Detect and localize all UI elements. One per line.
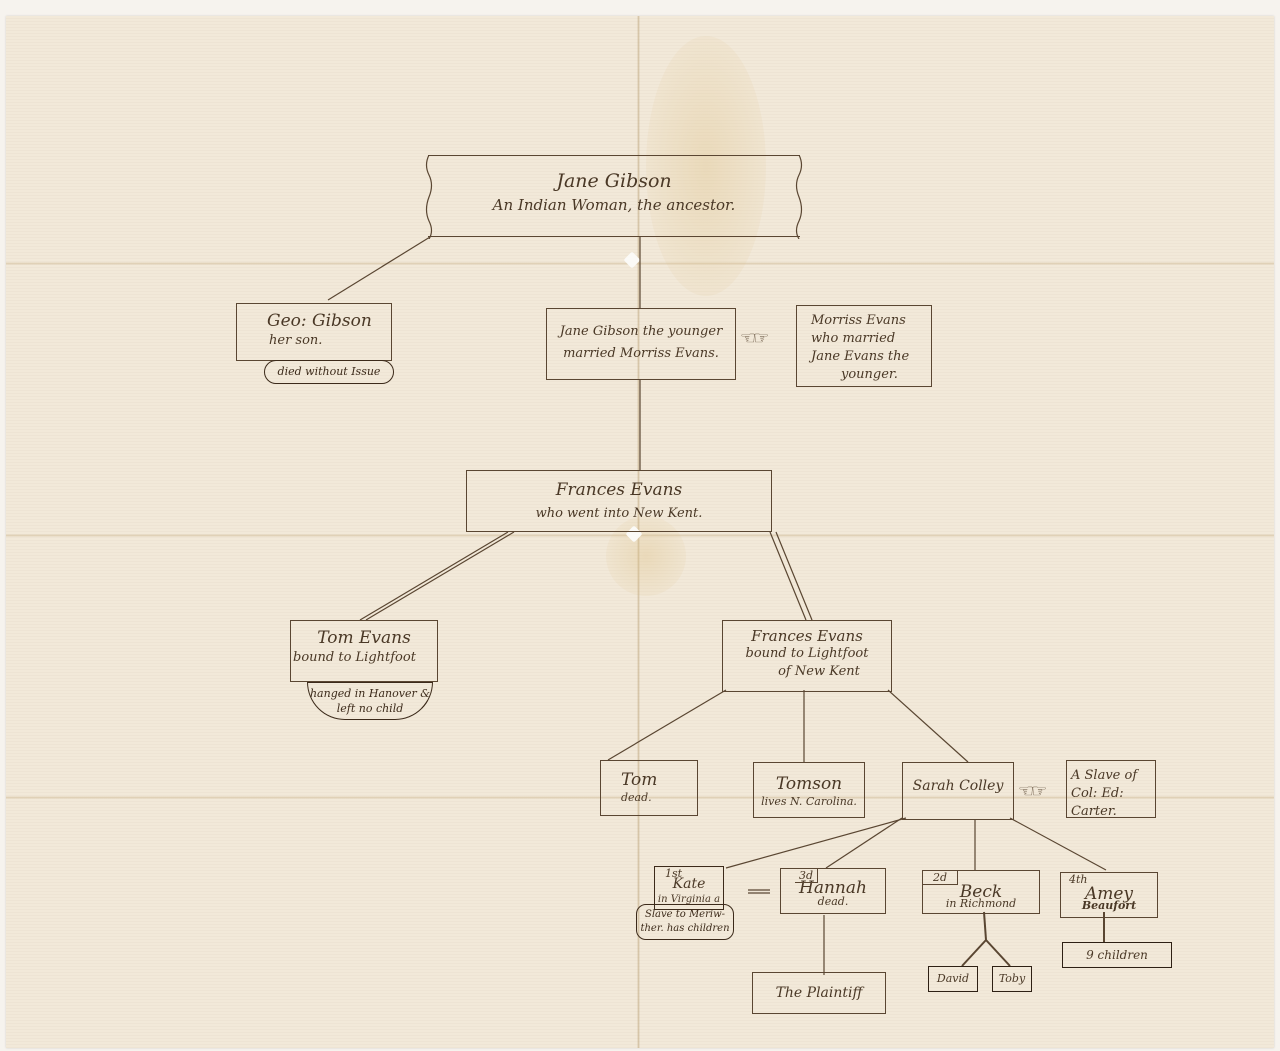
node-slave-of-carter: A Slave of Col: Ed: Carter.: [1066, 760, 1156, 818]
morriss-line1: Morriss Evans: [811, 312, 931, 330]
carter-line1: A Slave of: [1071, 767, 1155, 785]
node-tomson: Tomson lives N. Carolina.: [753, 762, 865, 818]
tomson-name: Tomson: [754, 773, 864, 795]
kate-note-line1: Slave to Meriw-: [637, 908, 733, 922]
node-jane-gibson-younger: Jane Gibson the younger married Morriss …: [546, 308, 736, 380]
geo-gibson-note: died without Issue: [264, 360, 394, 384]
beck-desc: in Richmond: [923, 897, 1039, 911]
geo-gibson-desc: her son.: [267, 332, 391, 350]
frances-1-desc: who went into New Kent.: [467, 505, 771, 523]
node-frances-evans-new-kent: Frances Evans who went into New Kent.: [466, 470, 772, 532]
node-hannah: 3d Hannah dead.: [780, 868, 886, 914]
node-frances-evans-lightfoot: Frances Evans bound to Lightfoot of New …: [722, 620, 892, 692]
david-name: David: [929, 972, 977, 986]
scroll-border-right: [794, 155, 804, 239]
node-beck: 2d Beck in Richmond: [922, 870, 1040, 914]
sarah-name: Sarah Colley: [903, 777, 1013, 795]
ancestor-desc: An Indian Woman, the ancestor.: [428, 196, 800, 214]
hannah-order: 3d: [795, 869, 818, 883]
tom-name: Tom: [621, 769, 697, 791]
tom-evans-name: Tom Evans: [291, 627, 437, 649]
frances-2-desc2: of New Kent: [723, 663, 891, 681]
tom-desc: dead.: [621, 791, 697, 805]
node-morriss-evans: Morriss Evans who married Jane Evans the…: [796, 305, 932, 387]
node-tom: Tom dead.: [600, 760, 698, 816]
tom-evans-note: hanged in Hanover & left no child: [307, 682, 433, 720]
node-ancestor: Jane Gibson An Indian Woman, the ancesto…: [428, 155, 800, 237]
carter-line2: Col: Ed: Carter.: [1071, 785, 1155, 821]
hannah-desc: dead.: [781, 895, 885, 909]
node-toby: Toby: [992, 966, 1032, 992]
kate-note-line2: ther. has children: [637, 922, 733, 936]
amey-order: 4th: [1065, 873, 1092, 886]
nine-children-label: 9 children: [1063, 948, 1171, 962]
node-geo-gibson: Geo: Gibson her son.: [236, 303, 392, 361]
geo-gibson-name: Geo: Gibson: [267, 310, 391, 332]
scroll-border-left: [424, 155, 434, 239]
frances-2-desc: bound to Lightfoot: [723, 645, 891, 663]
morriss-line2: who married: [811, 330, 931, 348]
jane-younger-line2: married Morriss Evans.: [547, 345, 735, 363]
tom-evans-desc: bound to Lightfoot: [291, 649, 437, 667]
clasped-hands-icon: ☜☞: [740, 328, 766, 349]
clasped-hands-icon: ☜☞: [1018, 781, 1044, 802]
node-sarah-colley: Sarah Colley: [902, 762, 1014, 820]
node-nine-children: 9 children: [1062, 942, 1172, 968]
beck-order: 2d: [923, 871, 958, 885]
frances-2-name: Frances Evans: [723, 627, 891, 645]
amey-desc: Beaufort: [1061, 899, 1157, 913]
toby-name: Toby: [993, 972, 1031, 986]
kate-order: 1st: [661, 867, 686, 880]
tomson-desc: lives N. Carolina.: [754, 795, 864, 809]
frances-1-name: Frances Evans: [467, 479, 771, 501]
jane-younger-line1: Jane Gibson the younger: [547, 323, 735, 341]
tom-evans-note-line2: left no child: [308, 701, 432, 716]
kate-note: Slave to Meriw- ther. has children: [636, 904, 734, 940]
plaintiff-name: The Plaintiff: [753, 984, 885, 1002]
node-the-plaintiff: The Plaintiff: [752, 972, 886, 1014]
morriss-line3: Jane Evans the: [811, 348, 931, 366]
node-david: David: [928, 966, 978, 992]
node-amey: 4th Amey Beaufort: [1060, 872, 1158, 918]
node-tom-evans: Tom Evans bound to Lightfoot: [290, 620, 438, 682]
morriss-line4: younger.: [811, 366, 931, 384]
ancestor-name: Jane Gibson: [428, 170, 800, 192]
tom-evans-note-line1: hanged in Hanover &: [308, 686, 432, 701]
